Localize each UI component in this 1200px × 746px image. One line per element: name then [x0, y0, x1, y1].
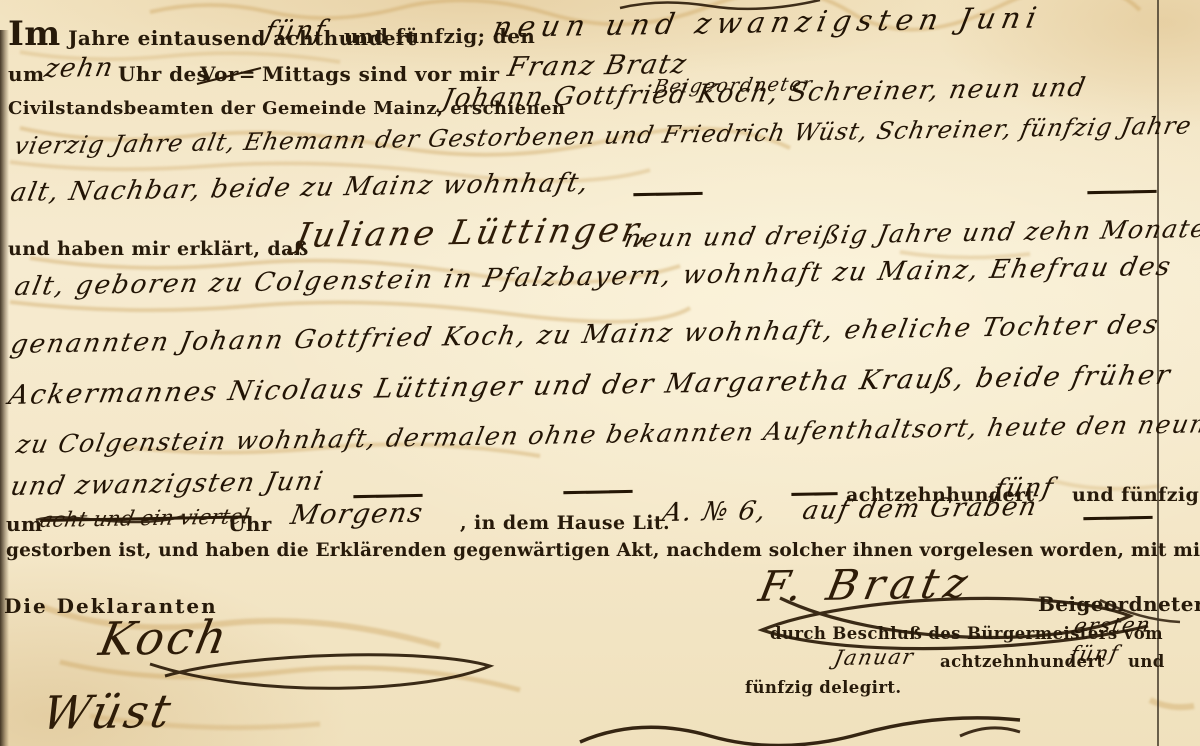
delegation-printed-c: und	[1128, 652, 1165, 671]
printed-vor-struck: Vor=	[200, 62, 256, 86]
handwritten-line5: alt, Nachbar, beide zu Mainz wohnhaft,	[8, 168, 592, 208]
printed-line2-b: Uhr des	[118, 62, 208, 86]
death-record-page: Im Jahre eintausend achthundert fünf und…	[0, 0, 1200, 746]
printed-drop-initial: Im	[8, 14, 61, 54]
filler-dash: ———	[562, 475, 632, 506]
handwritten-year-units: fünf	[262, 15, 329, 47]
printed-line2-a: um	[8, 62, 45, 86]
handwritten-house-number: A. № 6,	[660, 496, 770, 528]
delegation-hand-day: ersten	[1072, 613, 1154, 638]
handwritten-line9: Ackermannes Nicolaus Lüttinger und der M…	[6, 360, 1174, 411]
filler-dash: ———	[1086, 175, 1156, 206]
delegation-printed-d: fünfzig delegirt.	[745, 678, 902, 697]
printed-line12-a: um	[6, 512, 43, 536]
printed-closing-sentence: gestorben ist, und haben die Erklärenden…	[6, 540, 1200, 561]
signature-koch: Koch	[95, 610, 234, 666]
handwritten-death-date: und zwanzigsten Juni	[8, 467, 327, 502]
printed-line2-c: Mittags sind vor mir	[262, 62, 499, 86]
printed-line12-c: , in dem Hause Lit.	[460, 512, 670, 534]
filler-dash: ———	[632, 177, 702, 208]
handwritten-street: auf dem Graben	[800, 492, 1040, 526]
handwritten-hour: zehn	[42, 53, 117, 84]
filler-dash: ———	[1082, 501, 1152, 532]
handwritten-deceased-name: Juliane Lüttinger,	[292, 210, 655, 256]
binding-edge	[0, 30, 9, 746]
handwritten-line8: genannten Johann Gottfried Koch, zu Main…	[8, 310, 1162, 360]
delegation-hand-month: Januar	[832, 645, 917, 670]
signature-registrar: F. Bratz	[755, 558, 978, 611]
printed-line6-a: und haben mir erklärt, daß	[8, 238, 309, 260]
handwritten-time-of-day: Morgens	[288, 498, 426, 531]
printed-line12-b: Uhr	[228, 512, 272, 536]
handwritten-date: neun und zwanzigsten Juni	[490, 0, 1045, 44]
signature-wuest: Wüst	[38, 684, 178, 740]
handwritten-deceased-age: neun und dreißig Jahre und zehn Monate	[622, 214, 1200, 253]
delegation-hand-year-units: fünf	[1068, 641, 1121, 666]
handwritten-line10: zu Colgenstein wohnhaft, dermalen ohne b…	[14, 409, 1200, 459]
handwritten-time-struck: acht und ein viertel	[38, 504, 251, 532]
